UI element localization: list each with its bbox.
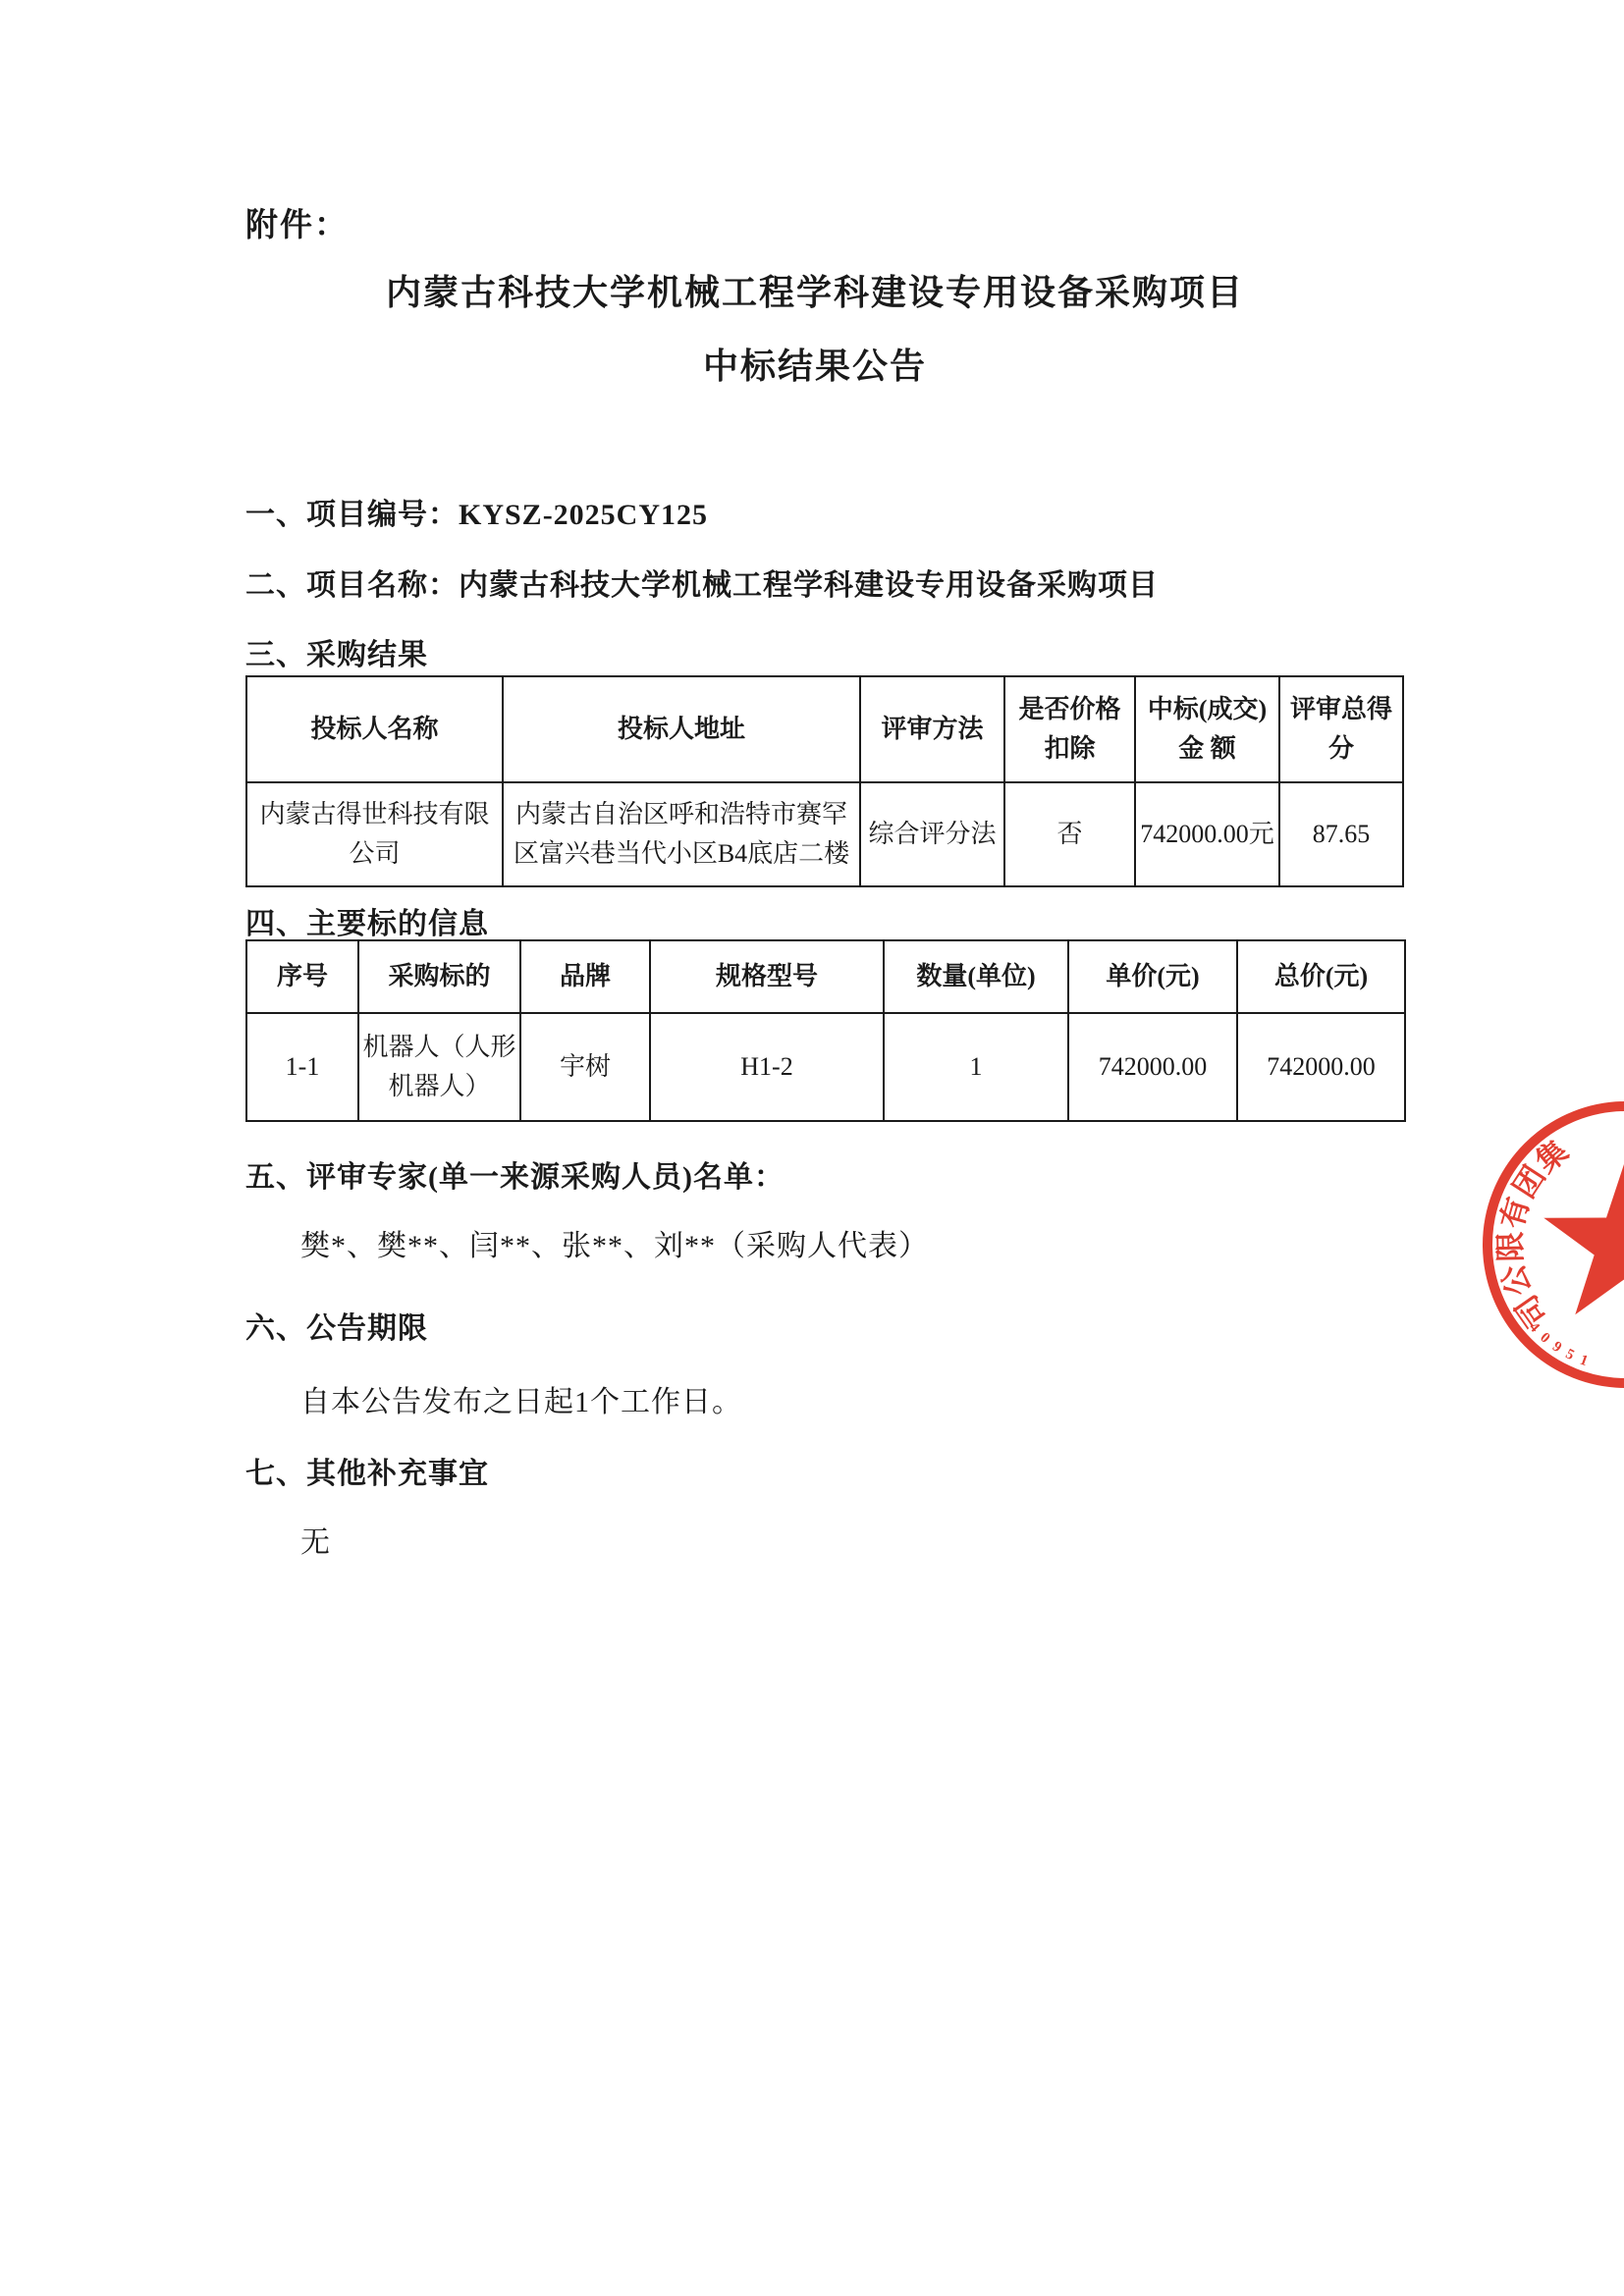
procurement-result-table: 投标人名称 投标人地址 评审方法 是否价格 扣除 中标(成交) 金 额 评审总得… — [245, 675, 1404, 887]
table-header-row: 投标人名称 投标人地址 评审方法 是否价格 扣除 中标(成交) 金 额 评审总得… — [246, 676, 1403, 782]
cell-price-deduction: 否 — [1004, 782, 1135, 886]
company-seal-stamp: 集 团 有 限 公 司 4 0 9 5 1 — [1469, 1086, 1624, 1404]
document-title-line1: 内蒙古科技大学机械工程学科建设专用设备采购项目 — [20, 265, 1610, 315]
cell-serial-no: 1-1 — [246, 1013, 358, 1121]
document-page: 附件： 内蒙古科技大学机械工程学科建设专用设备采购项目 中标结果公告 一、项目编… — [0, 0, 1624, 2296]
subject-matter-table: 序号 采购标的 品牌 规格型号 数量(单位) 单价(元) 总价(元) 1-1 机… — [245, 939, 1406, 1122]
seal-digit: 5 — [1563, 1346, 1577, 1363]
section5-heading: 五、评审专家(单一来源采购人员)名单： — [245, 1152, 785, 1196]
cell-bidder-name: 内蒙古得世科技有限公司 — [246, 782, 503, 886]
cell-review-method: 综合评分法 — [860, 782, 1004, 886]
seal-digit: 1 — [1578, 1353, 1591, 1370]
cell-model: H1-2 — [650, 1013, 884, 1121]
cell-subject: 机器人（人形机器人） — [358, 1013, 520, 1121]
col-award-amount: 中标(成交) 金 额 — [1135, 676, 1279, 782]
table-row: 内蒙古得世科技有限公司 内蒙古自治区呼和浩特市赛罕区富兴巷当代小区B4底店二楼 … — [246, 782, 1403, 886]
section4-heading: 四、主要标的信息 — [245, 899, 489, 942]
col-subject: 采购标的 — [358, 940, 520, 1013]
cell-brand: 宇树 — [520, 1013, 650, 1121]
section3-heading: 三、采购结果 — [245, 630, 428, 673]
seal-char: 限 — [1493, 1231, 1529, 1262]
cell-total-price: 742000.00 — [1237, 1013, 1405, 1121]
cell-unit-price: 742000.00 — [1068, 1013, 1237, 1121]
col-review-score: 评审总得分 — [1279, 676, 1403, 782]
seal-digit: 0 — [1537, 1330, 1552, 1347]
col-model: 规格型号 — [650, 940, 884, 1013]
cell-quantity: 1 — [884, 1013, 1068, 1121]
expert-name-list: 樊*、樊**、闫**、张**、刘**（采购人代表） — [300, 1221, 929, 1264]
col-bidder-name: 投标人名称 — [246, 676, 503, 782]
document-title-line2: 中标结果公告 — [20, 339, 1610, 389]
cell-award-amount: 742000.00元 — [1135, 782, 1279, 886]
col-unit-price: 单价(元) — [1068, 940, 1237, 1013]
section2-project-name: 二、项目名称：内蒙古科技大学机械工程学科建设专用设备采购项目 — [245, 561, 1159, 604]
seal-star-icon — [1543, 1158, 1624, 1314]
col-review-method: 评审方法 — [860, 676, 1004, 782]
cell-bidder-address: 内蒙古自治区呼和浩特市赛罕区富兴巷当代小区B4底店二楼 — [503, 782, 860, 886]
col-quantity: 数量(单位) — [884, 940, 1068, 1013]
table-header-row: 序号 采购标的 品牌 规格型号 数量(单位) 单价(元) 总价(元) — [246, 940, 1405, 1013]
table-row: 1-1 机器人（人形机器人） 宇树 H1-2 1 742000.00 74200… — [246, 1013, 1405, 1121]
cell-review-score: 87.65 — [1279, 782, 1403, 886]
col-serial-no: 序号 — [246, 940, 358, 1013]
attachment-label: 附件： — [245, 199, 349, 245]
seal-graphic: 集 团 有 限 公 司 4 0 9 5 1 — [1488, 1106, 1624, 1383]
col-brand: 品牌 — [520, 940, 650, 1013]
col-total-price: 总价(元) — [1237, 940, 1405, 1013]
other-matters-text: 无 — [300, 1518, 331, 1561]
seal-digit: 9 — [1549, 1339, 1564, 1356]
col-bidder-address: 投标人地址 — [503, 676, 860, 782]
section7-heading: 七、其他补充事宜 — [245, 1449, 489, 1492]
announcement-period-text: 自本公告发布之日起1个工作日。 — [300, 1377, 742, 1420]
section1-project-number: 一、项目编号：KYSZ-2025CY125 — [245, 490, 708, 533]
col-price-deduction: 是否价格 扣除 — [1004, 676, 1135, 782]
section6-heading: 六、公告期限 — [245, 1304, 428, 1347]
